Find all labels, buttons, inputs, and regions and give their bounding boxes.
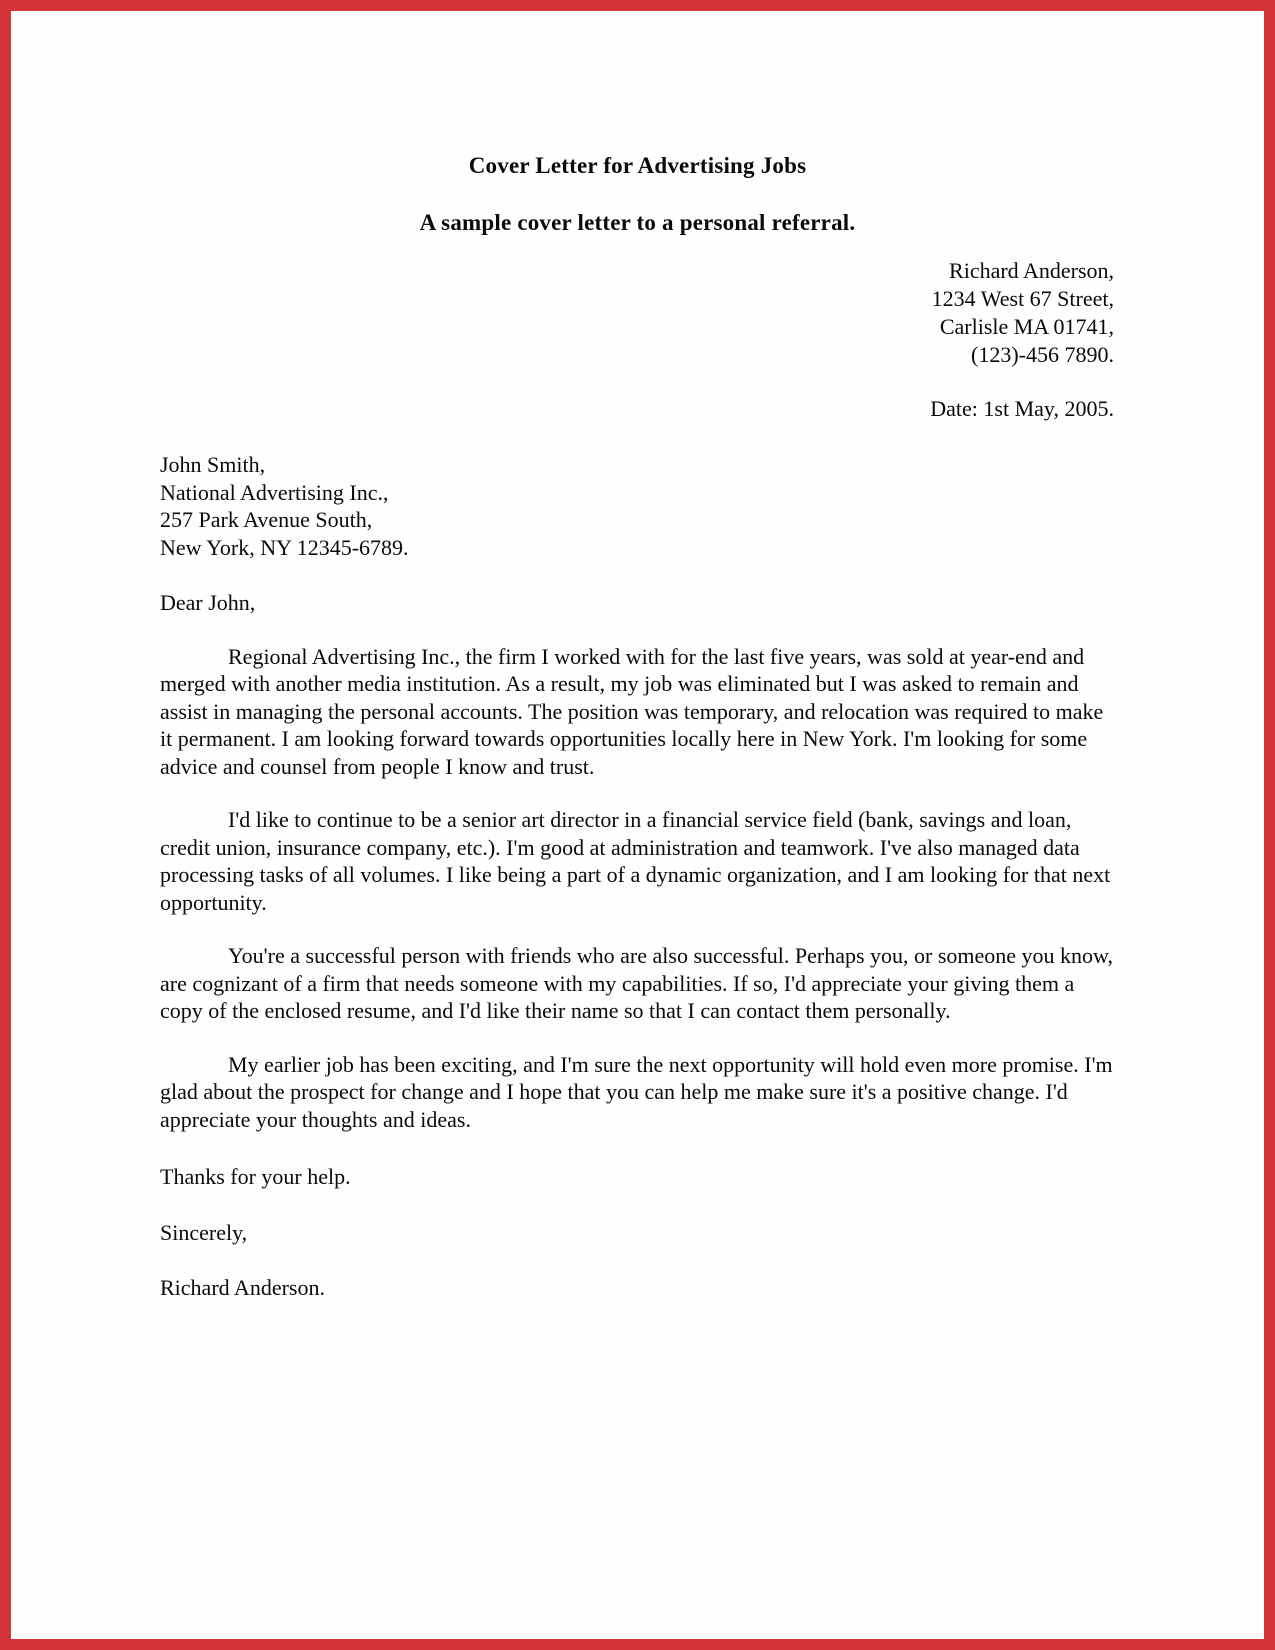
body-paragraph-4: My earlier job has been exciting, and I'… [160,1051,1114,1134]
sender-phone: (123)-456 7890. [160,341,1114,369]
sender-city: Carlisle MA 01741, [160,313,1114,341]
page: Cover Letter for Advertising Jobs A samp… [0,0,1275,1650]
sender-name: Richard Anderson, [160,257,1114,285]
recipient-city: New York, NY 12345-6789. [160,534,1114,562]
thanks-line: Thanks for your help. [160,1163,1114,1191]
letter-subtitle: A sample cover letter to a personal refe… [11,209,1264,237]
closing-line: Sincerely, [160,1219,1114,1247]
signature-line: Richard Anderson. [160,1274,1114,1302]
recipient-address-block: John Smith, National Advertising Inc., 2… [160,451,1114,561]
recipient-street: 257 Park Avenue South, [160,506,1114,534]
date-line: Date: 1st May, 2005. [160,395,1114,423]
letter-header: Cover Letter for Advertising Jobs A samp… [11,152,1264,237]
sender-street: 1234 West 67 Street, [160,285,1114,313]
body-paragraph-1: Regional Advertising Inc., the firm I wo… [160,643,1114,781]
recipient-company: National Advertising Inc., [160,479,1114,507]
salutation: Dear John, [160,589,1114,617]
recipient-name: John Smith, [160,451,1114,479]
sender-address-block: Richard Anderson, 1234 West 67 Street, C… [160,257,1114,369]
body-paragraph-2: I'd like to continue to be a senior art … [160,806,1114,916]
letter-title: Cover Letter for Advertising Jobs [11,152,1264,180]
letter-body: Richard Anderson, 1234 West 67 Street, C… [160,257,1114,1302]
body-paragraph-3: You're a successful person with friends … [160,942,1114,1025]
